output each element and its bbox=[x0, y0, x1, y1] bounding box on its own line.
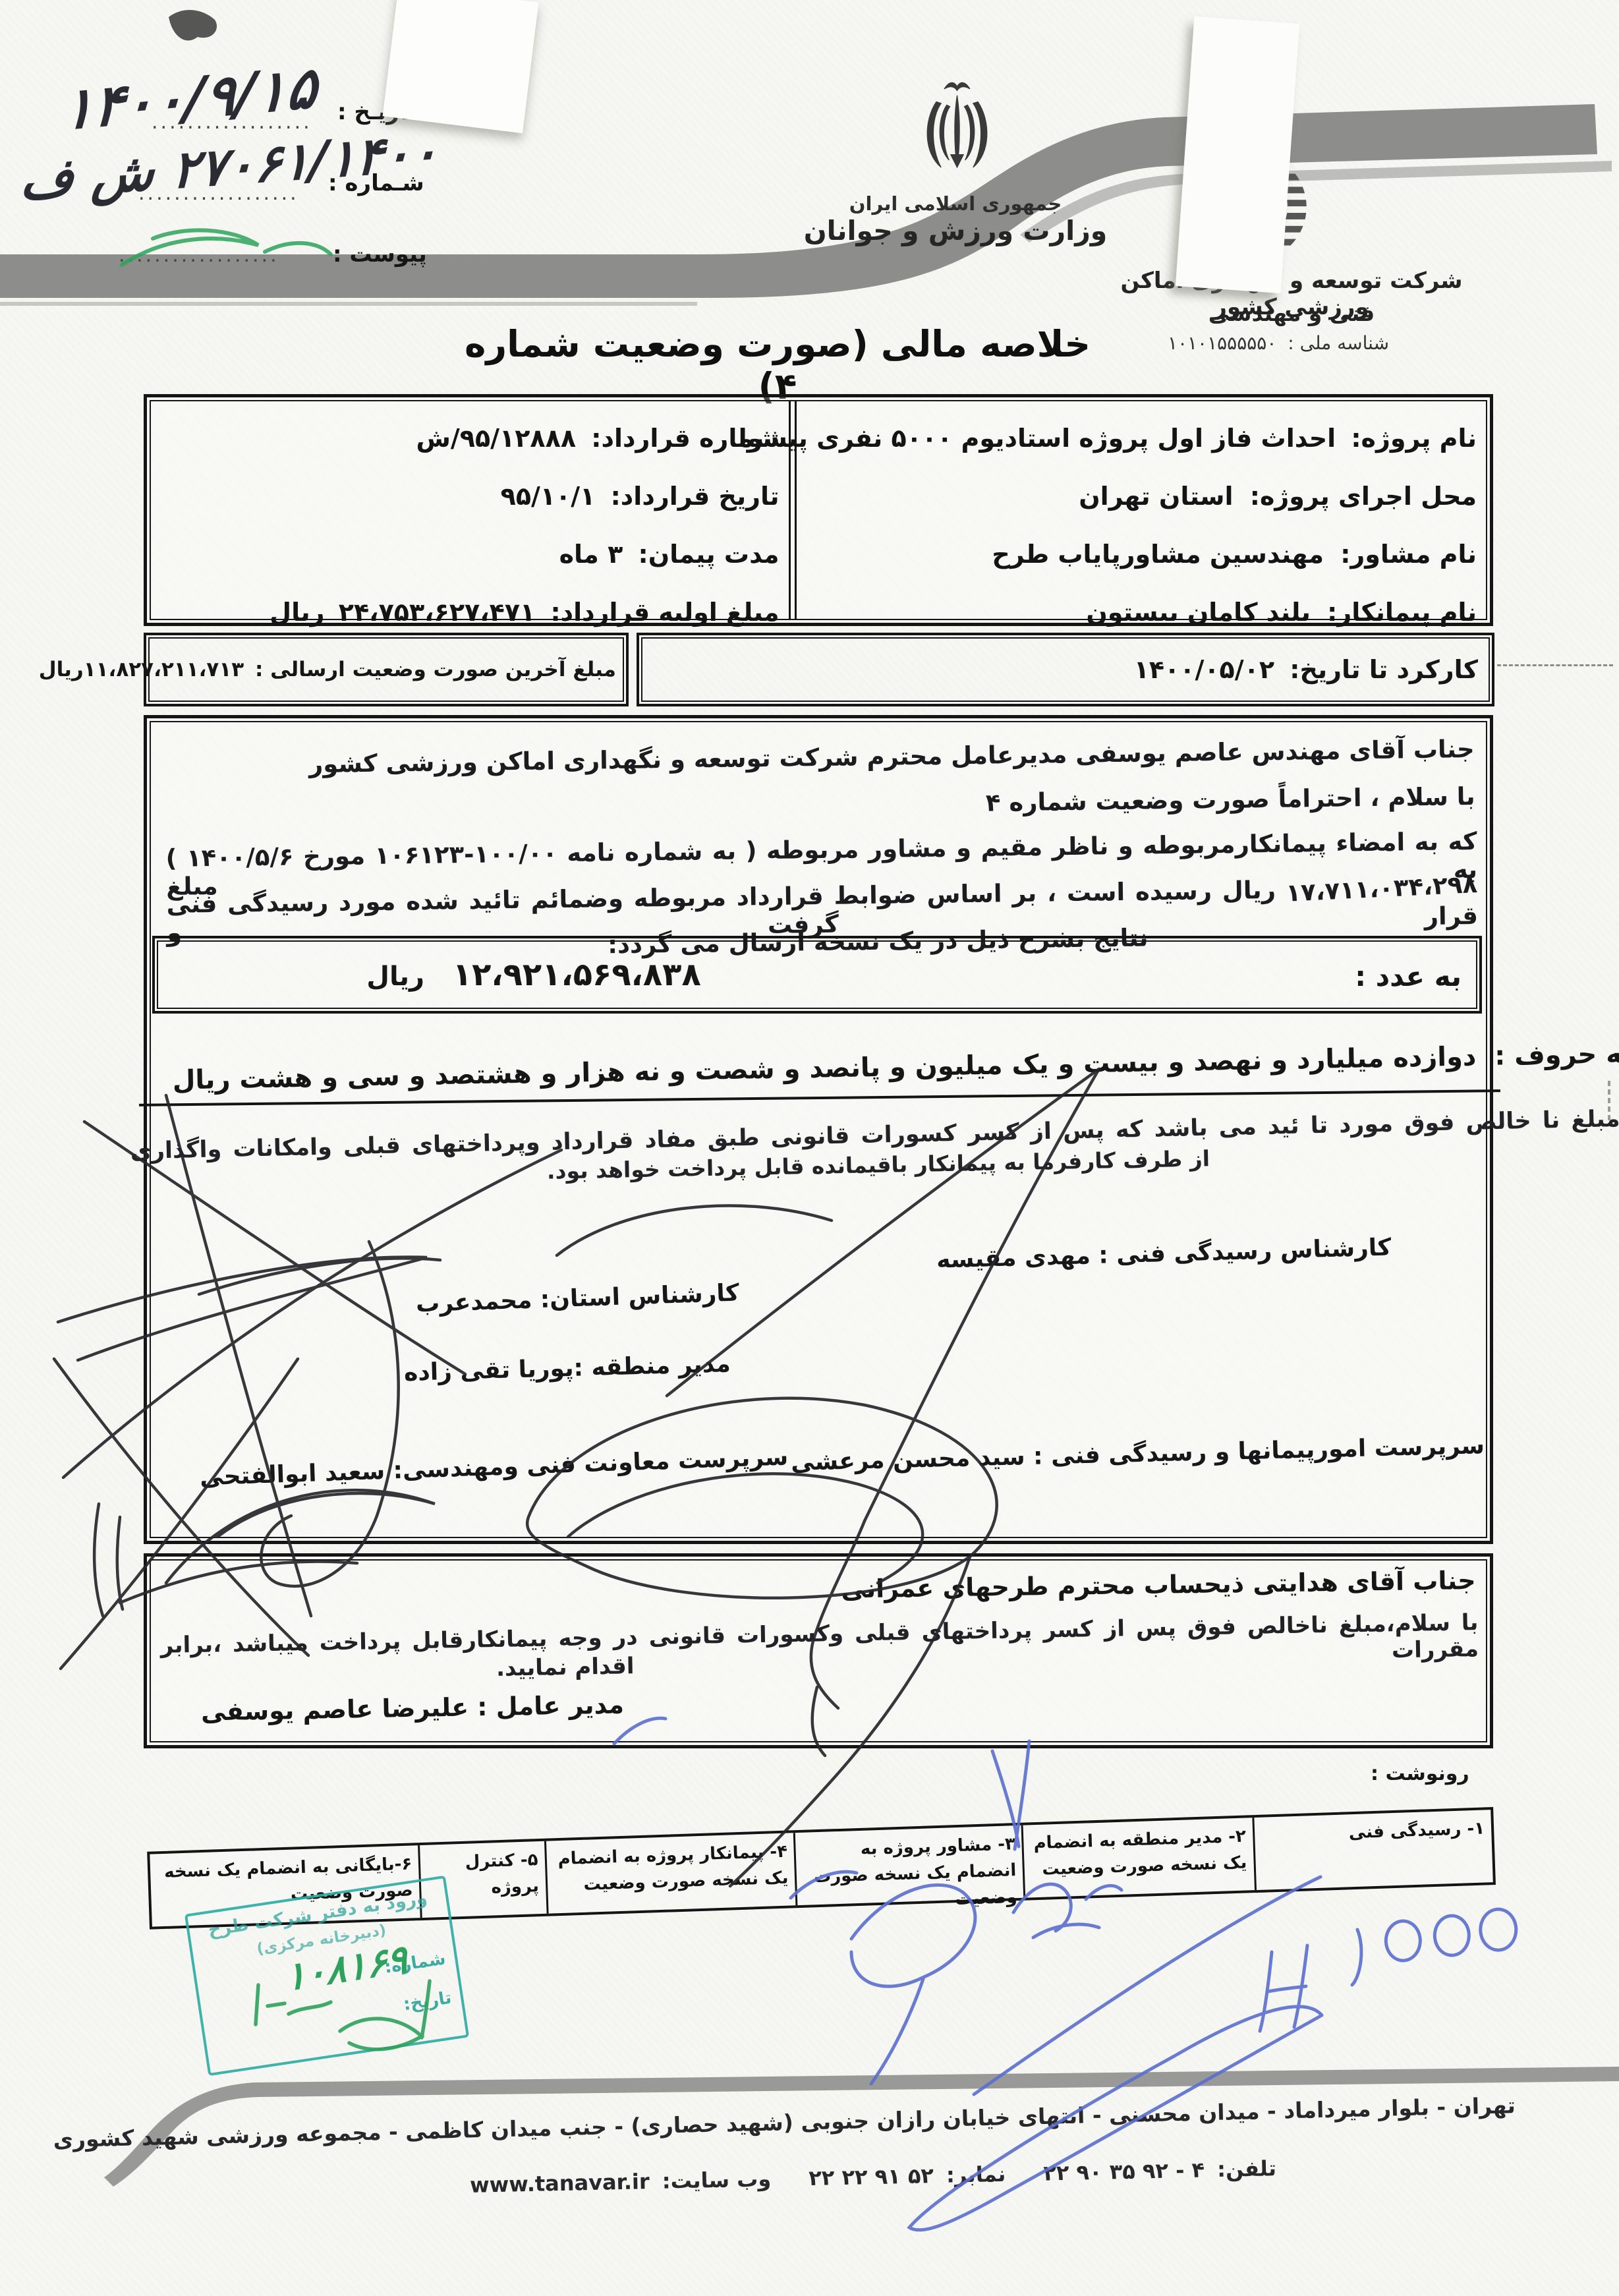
ink-strokes-overlay bbox=[0, 0, 1619, 2296]
scanned-document-page: تاریـخ : .................. ۱۴۰۰/۹/۱۵ شـ… bbox=[0, 0, 1619, 2296]
